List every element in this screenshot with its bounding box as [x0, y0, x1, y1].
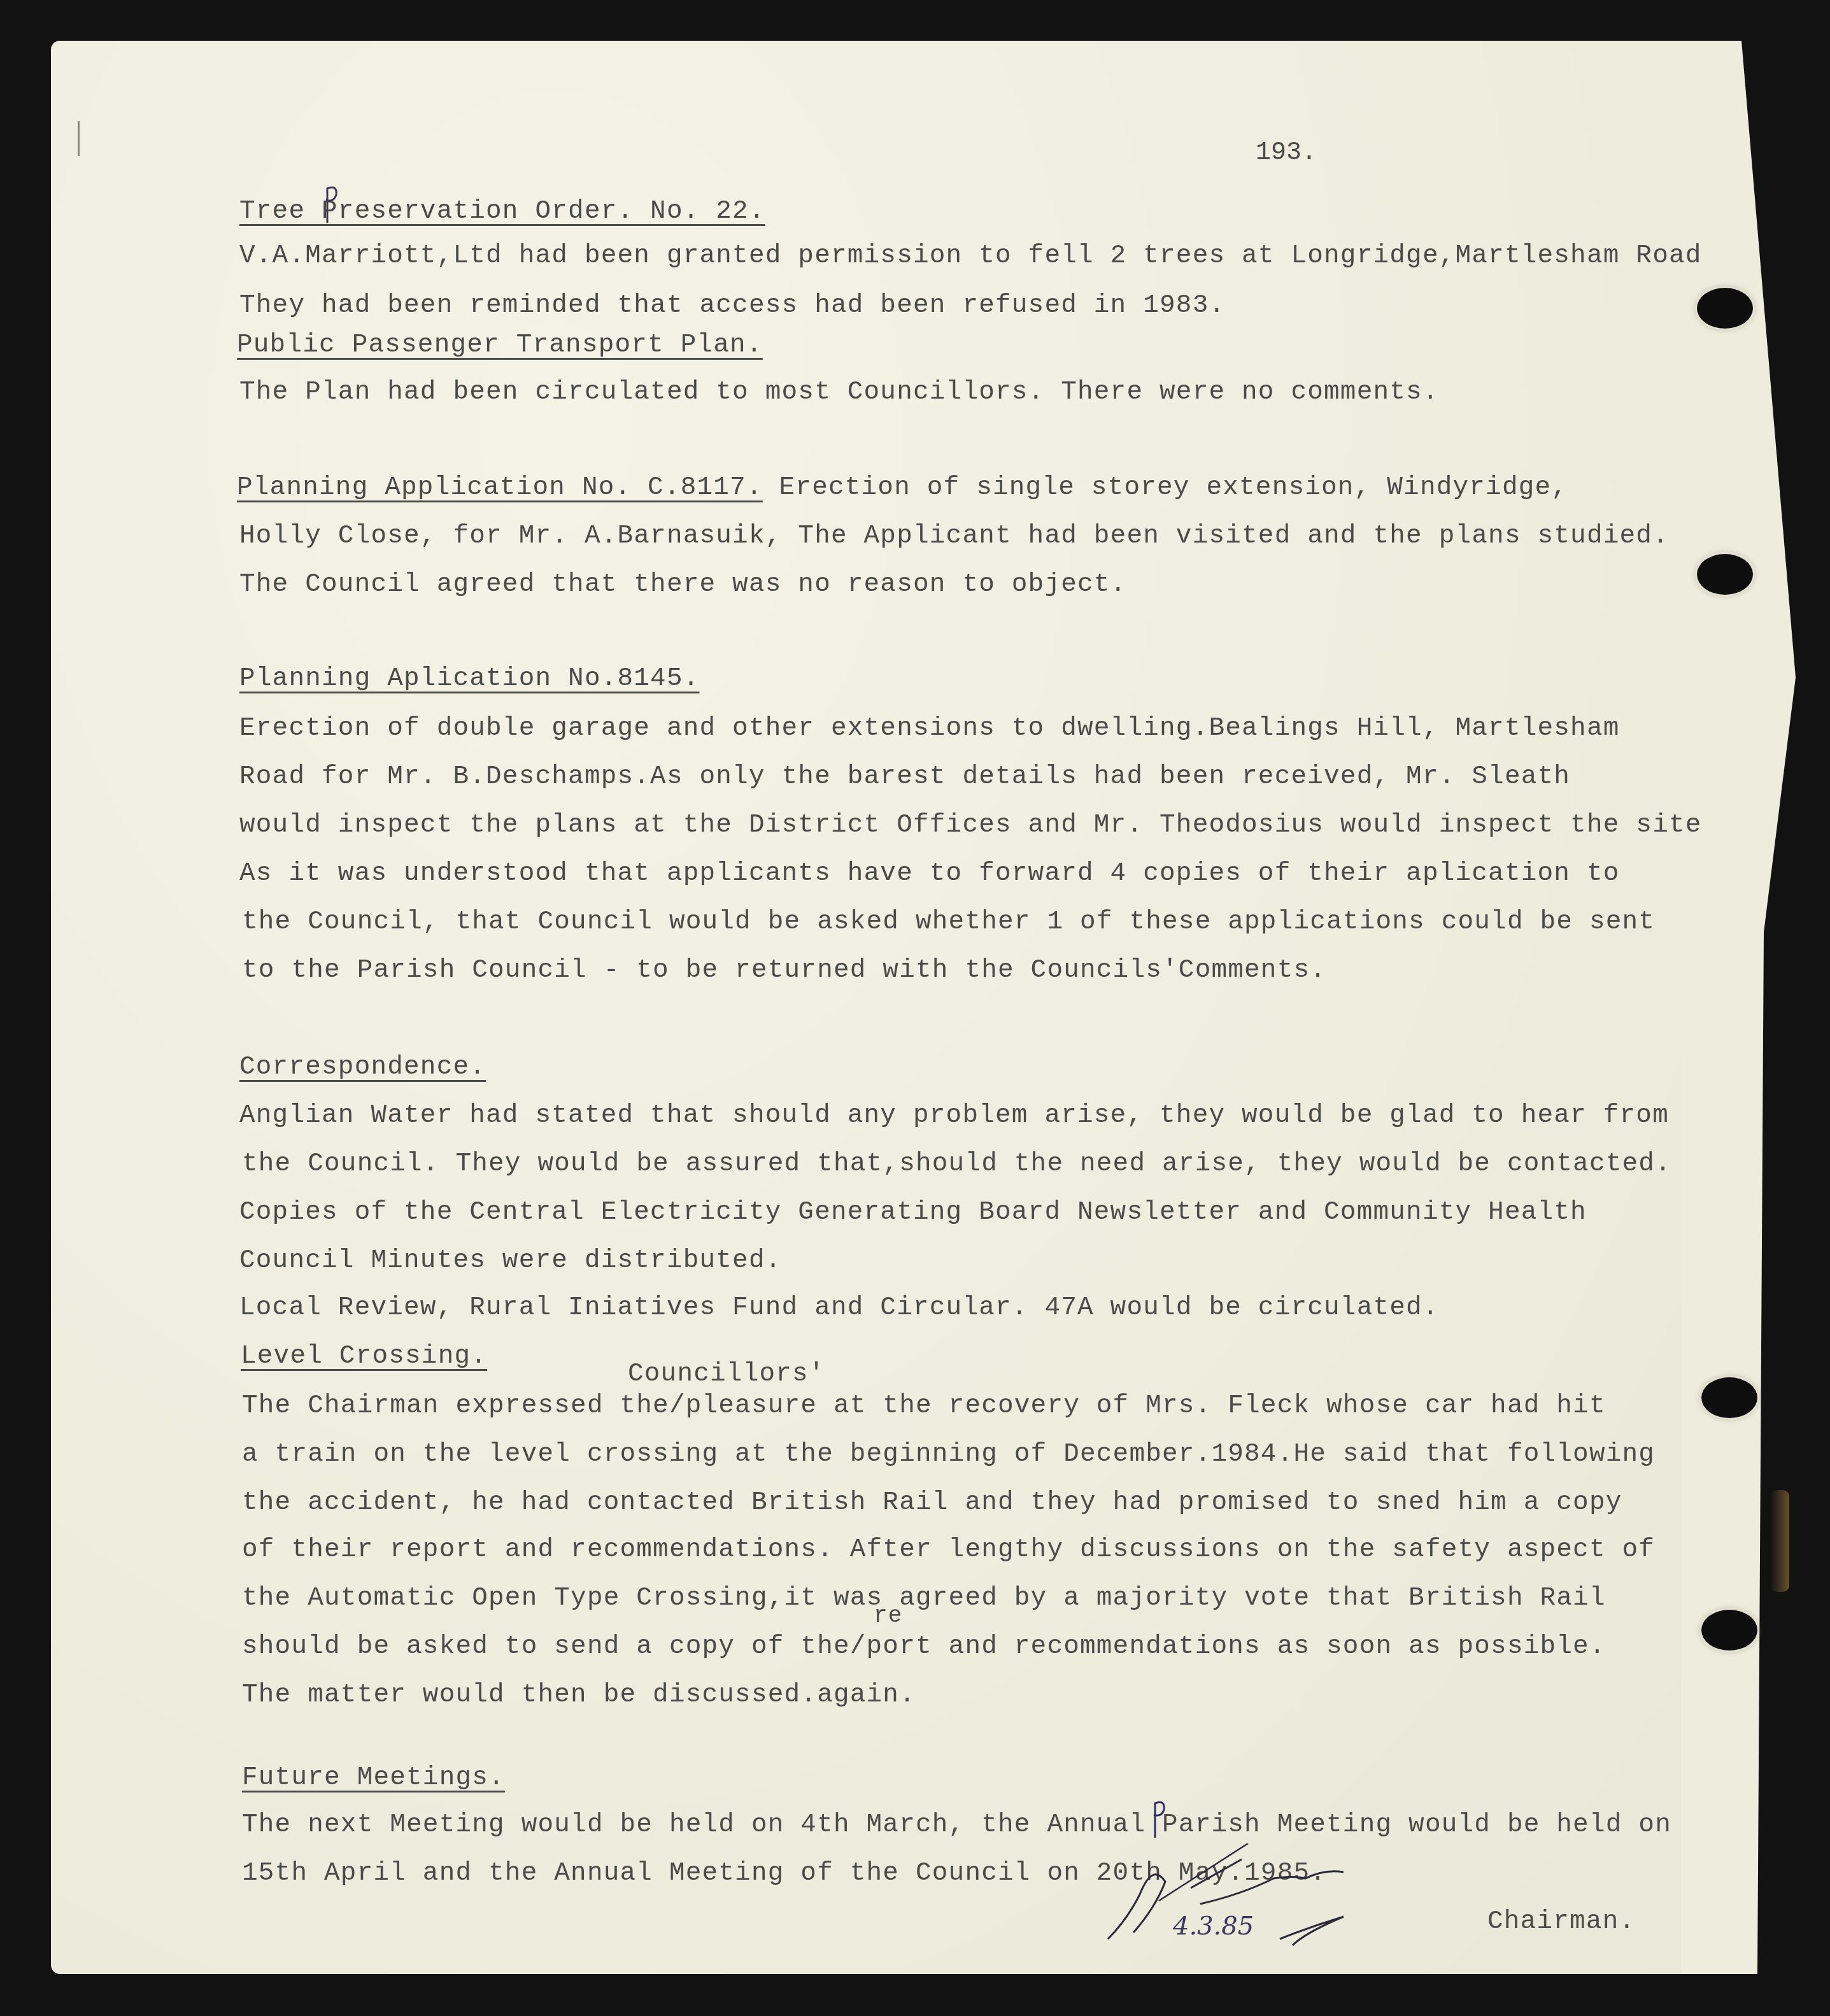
signatory-role: Chairman. [1487, 1909, 1635, 1935]
paper-stain [1770, 1490, 1789, 1592]
section-heading-future-meetings: Future Meetings. [242, 1765, 505, 1791]
document-page-edge [1681, 41, 1796, 1974]
body-line: Copies of the Central Electricity Genera… [239, 1200, 1587, 1226]
body-line: of their report and recommendations. Aft… [242, 1537, 1655, 1563]
body-line: The Plan had been circulated to most Cou… [239, 380, 1439, 406]
section-heading-8145: Planning Aplication No.8145. [239, 666, 700, 692]
handwritten-p-mark-icon [1146, 1798, 1172, 1843]
signature-date: 4.3.85 [1173, 1912, 1254, 1941]
page-number: 193. [1256, 139, 1317, 167]
body-line: As it was understood that applicants hav… [239, 861, 1620, 887]
insertion-councillors: Councillors' [628, 1361, 825, 1388]
body-line: Erection of double garage and other exte… [239, 716, 1620, 742]
handwritten-p-mark-icon [318, 183, 344, 228]
body-line: Holly Close, for Mr. A.Barnasuik, The Ap… [239, 523, 1669, 550]
body-line: They had been reminded that access had b… [239, 293, 1225, 319]
body-line: Council Minutes were distributed. [239, 1248, 782, 1274]
margin-mark [78, 121, 80, 156]
body-line: V.A.Marriott,Ltd had been granted permis… [239, 243, 1702, 269]
punch-hole-icon [1697, 554, 1753, 595]
body-inline: Erection of single storey extension, Win… [763, 473, 1568, 502]
section-heading-c8117: Planning Application No. C.8117. [237, 473, 763, 502]
punch-hole-icon [1701, 1377, 1757, 1418]
body-line: the Council, that Council would be asked… [242, 909, 1655, 935]
body-line: would inspect the plans at the District … [239, 813, 1702, 839]
body-line: should be asked to send a copy of the/po… [242, 1634, 1606, 1660]
section-heading-transport-plan: Public Passenger Transport Plan. [237, 332, 763, 358]
body-line: The matter would then be discussed.again… [242, 1682, 916, 1708]
section-heading-level-crossing: Level Crossing. [241, 1344, 487, 1370]
body-line: Anglian Water had stated that should any… [239, 1103, 1669, 1129]
body-line: The Chairman expressed the/pleasure at t… [242, 1393, 1606, 1419]
body-line: the accident, he had contacted British R… [242, 1490, 1622, 1516]
body-line: the Council. They would be assured that,… [242, 1151, 1671, 1177]
insertion-re: re [874, 1605, 903, 1628]
body-line: The Council agreed that there was no rea… [239, 572, 1126, 598]
punch-hole-icon [1701, 1610, 1757, 1650]
body-line: Road for Mr. B.Deschamps.As only the bar… [239, 764, 1570, 790]
body-line: Local Review, Rural Iniatives Fund and C… [239, 1295, 1439, 1321]
section-heading-correspondence: Correspondence. [239, 1054, 486, 1081]
body-line: to the Parish Council - to be returned w… [242, 958, 1326, 984]
body-line: a train on the level crossing at the beg… [242, 1442, 1655, 1468]
body-line: The next Meeting would be held on 4th Ma… [242, 1812, 1671, 1838]
signature-icon [1095, 1843, 1477, 1952]
body-line: the Automatic Open Type Crossing,it was … [242, 1586, 1606, 1612]
punch-hole-icon [1697, 288, 1753, 329]
section-line-c8117: Planning Application No. C.8117. Erectio… [237, 475, 1568, 501]
